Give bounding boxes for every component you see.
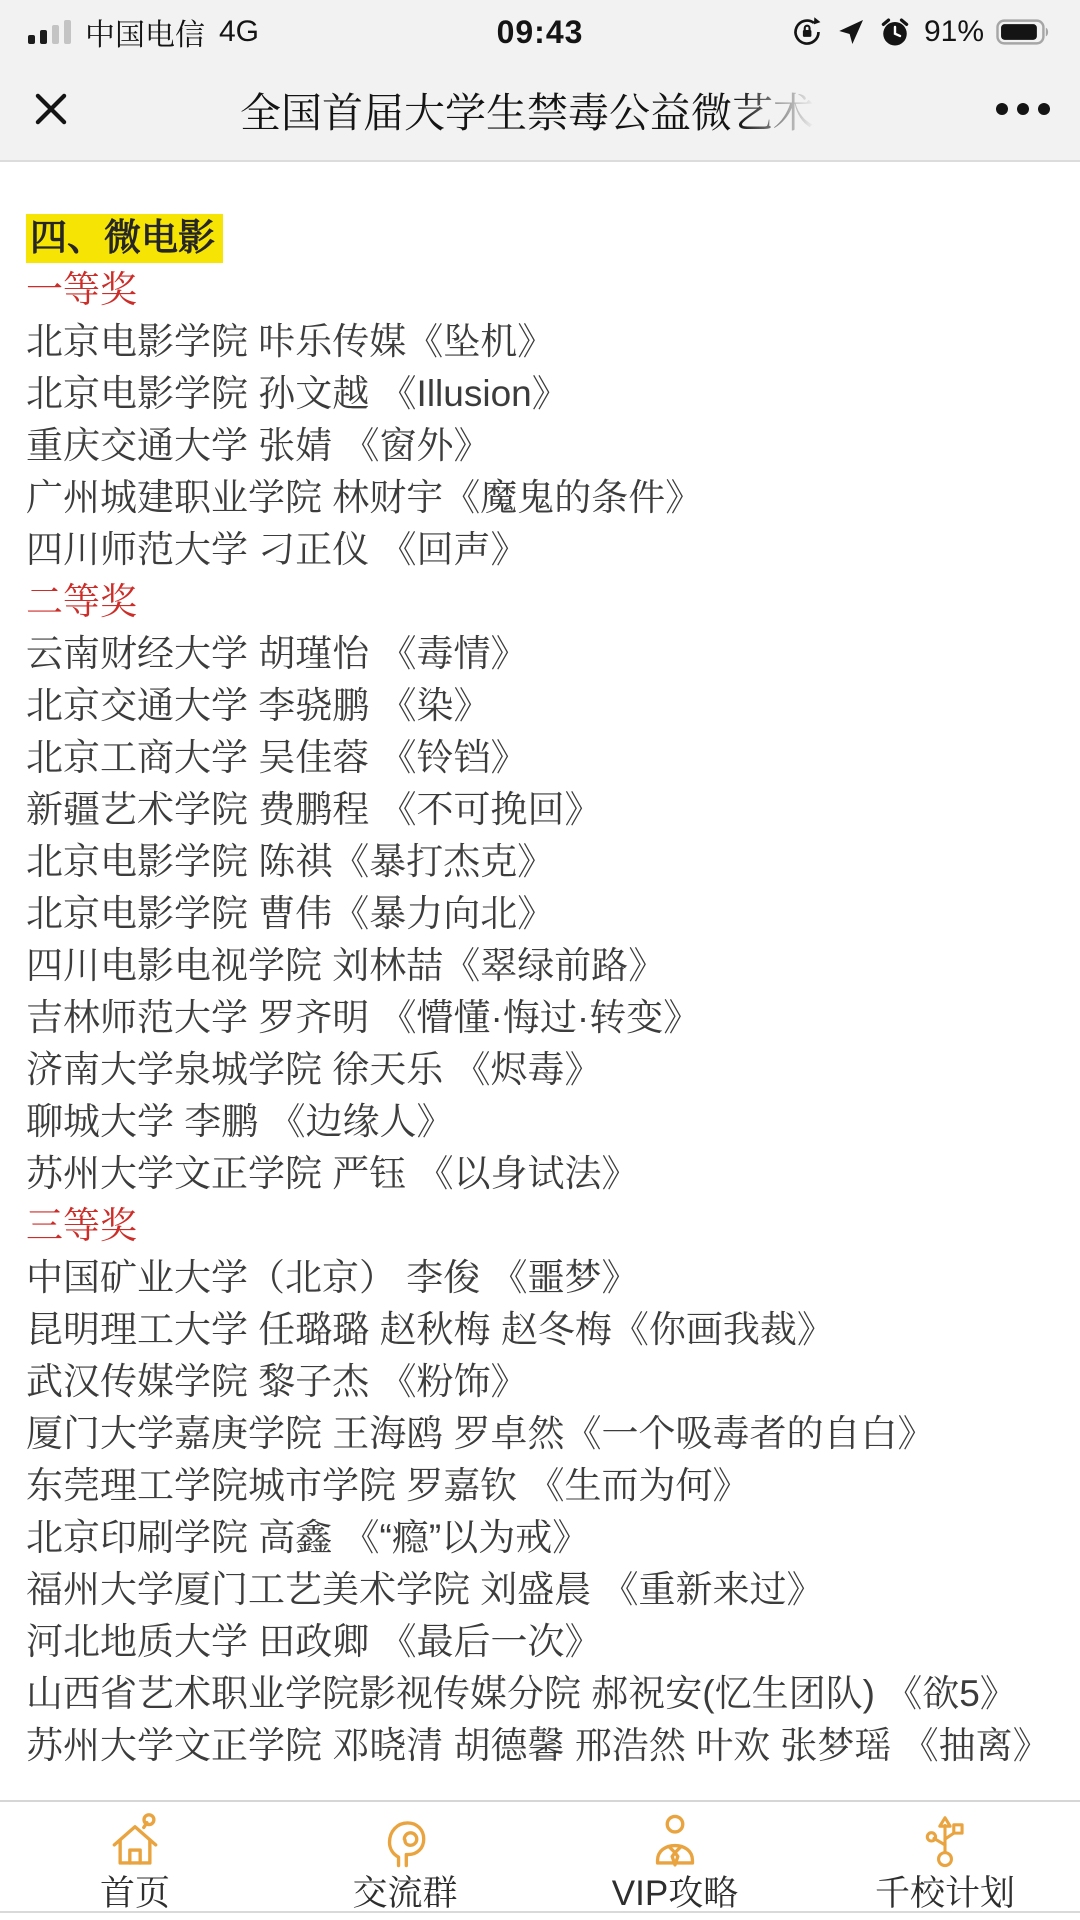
chat-group-head-icon [373,1810,437,1872]
award-entry: 四川师范大学 刁正仪 《回声》 [26,524,1054,576]
tab-home[interactable]: 首页 [0,1802,270,1920]
award-entry: 重庆交通大学 张婧 《窗外》 [26,420,1054,472]
header: 中国电信 4G 09:43 91% [0,0,1080,162]
award-entry: 山西省艺术职业学院影视传媒分院 郝祝安(忆生团队) 《欲5》 [26,1668,1054,1720]
nav-title-wrap: 全国首届大学生禁毒公益微艺术大 [100,80,960,139]
tab-label: 千校计划 [875,1876,1015,1911]
award-entry: 北京印刷学院 高鑫 《“瘾”以为戒》 [26,1512,1054,1564]
tab-bar: 首页 交流群 VIP攻略 [0,1800,1080,1920]
article-content: 四、微电影 一等奖北京电影学院 咔乐传媒《坠机》北京电影学院 孙文越 《Illu… [0,162,1080,1800]
award-entry: 北京交通大学 李骁鹏 《染》 [26,680,1054,732]
vip-person-icon [643,1810,707,1872]
award-entry: 四川电影电视学院 刘林喆《翠绿前路》 [26,940,1054,992]
network-type-label: 4G [219,15,259,49]
rotation-lock-icon [790,15,824,49]
clock-label: 09:43 [497,14,584,51]
award-entry: 昆明理工大学 任璐璐 赵秋梅 赵冬梅《你画我裁》 [26,1304,1054,1356]
award-list: 一等奖北京电影学院 咔乐传媒《坠机》北京电影学院 孙文越 《Illusion》重… [26,264,1054,1772]
page-title: 全国首届大学生禁毒公益微艺术大 [240,80,820,139]
award-entry: 北京电影学院 曹伟《暴力向北》 [26,888,1054,940]
award-entry: 北京电影学院 咔乐传媒《坠机》 [26,316,1054,368]
award-entry: 北京电影学院 陈祺《暴打杰克》 [26,836,1054,888]
signal-strength-icon [28,20,71,44]
close-button[interactable] [30,88,100,130]
nav-bar: 全国首届大学生禁毒公益微艺术大 [0,58,1080,160]
close-icon [30,88,72,130]
more-menu-button[interactable] [960,103,1050,115]
award-entry: 厦门大学嘉庚学院 王海鸥 罗卓然《一个吸毒者的自白》 [26,1408,1054,1460]
award-entry: 新疆艺术学院 费鹏程 《不可挽回》 [26,784,1054,836]
battery-percent-label: 91% [924,15,984,49]
award-entry: 中国矿业大学（北京） 李俊 《噩梦》 [26,1252,1054,1304]
section-title: 四、微电影 [26,214,223,263]
award-entry: 吉林师范大学 罗齐明 《懵懂·悔过·转变》 [26,992,1054,1044]
award-entry: 北京工商大学 吴佳蓉 《铃铛》 [26,732,1054,784]
tab-vip-guide[interactable]: VIP攻略 [540,1802,810,1920]
award-entry: 苏州大学文正学院 邓晓清 胡德馨 邢浩然 叶欢 张梦瑶 《抽离》 [26,1720,1054,1772]
tab-label: 首页 [100,1876,170,1911]
battery-icon [996,18,1052,46]
tab-thousand-schools-plan[interactable]: 千校计划 [810,1802,1080,1920]
award-entry: 聊城大学 李鹏 《边缘人》 [26,1096,1054,1148]
award-entry: 北京电影学院 孙文越 《Illusion》 [26,368,1054,420]
phone-screen: 中国电信 4G 09:43 91% [0,0,1080,1920]
award-entry: 武汉传媒学院 黎子杰 《粉饰》 [26,1356,1054,1408]
status-left: 中国电信 4G [28,10,497,54]
award-entry: 苏州大学文正学院 严钰 《以身试法》 [26,1148,1054,1200]
status-bar: 中国电信 4G 09:43 91% [0,0,1080,58]
tab-chat-group[interactable]: 交流群 [270,1802,540,1920]
award-entry: 福州大学厦门工艺美术学院 刘盛晨 《重新来过》 [26,1564,1054,1616]
award-tier-label: 二等奖 [26,576,1054,628]
home-icon [103,1810,167,1872]
award-entry: 广州城建职业学院 林财宇《魔鬼的条件》 [26,472,1054,524]
tab-label: VIP攻略 [612,1876,738,1911]
status-right: 91% [583,15,1052,49]
alarm-clock-icon [878,15,912,49]
award-entry: 东莞理工学院城市学院 罗嘉钦 《生而为何》 [26,1460,1054,1512]
award-entry: 济南大学泉城学院 徐天乐 《烬毒》 [26,1044,1054,1096]
award-entry: 云南财经大学 胡瑾怡 《毒情》 [26,628,1054,680]
tab-label: 交流群 [352,1876,457,1911]
award-tier-label: 三等奖 [26,1200,1054,1252]
award-tier-label: 一等奖 [26,264,1054,316]
dot-icon [996,103,1008,115]
carrier-label: 中国电信 [85,10,205,54]
dot-icon [1017,103,1029,115]
usb-branch-icon [913,1810,977,1872]
location-arrow-icon [836,17,866,47]
section-title-line: 四、微电影 [26,212,1054,264]
dot-icon [1038,103,1050,115]
award-entry: 河北地质大学 田政卿 《最后一次》 [26,1616,1054,1668]
